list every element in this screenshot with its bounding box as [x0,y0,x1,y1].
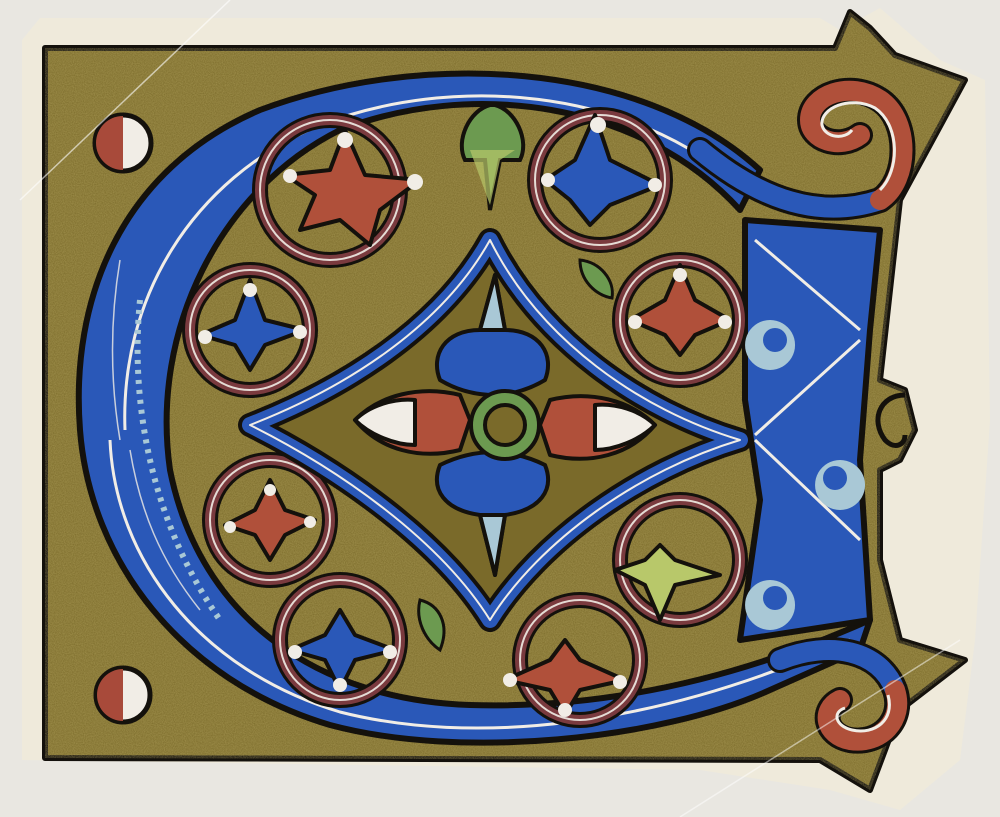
manuscript-initial [0,0,1000,817]
letter-d-stem [740,220,880,640]
roundel-top-left [95,115,151,171]
roundel-bottom-left [96,668,150,722]
illuminated-initial-d [0,0,1000,817]
